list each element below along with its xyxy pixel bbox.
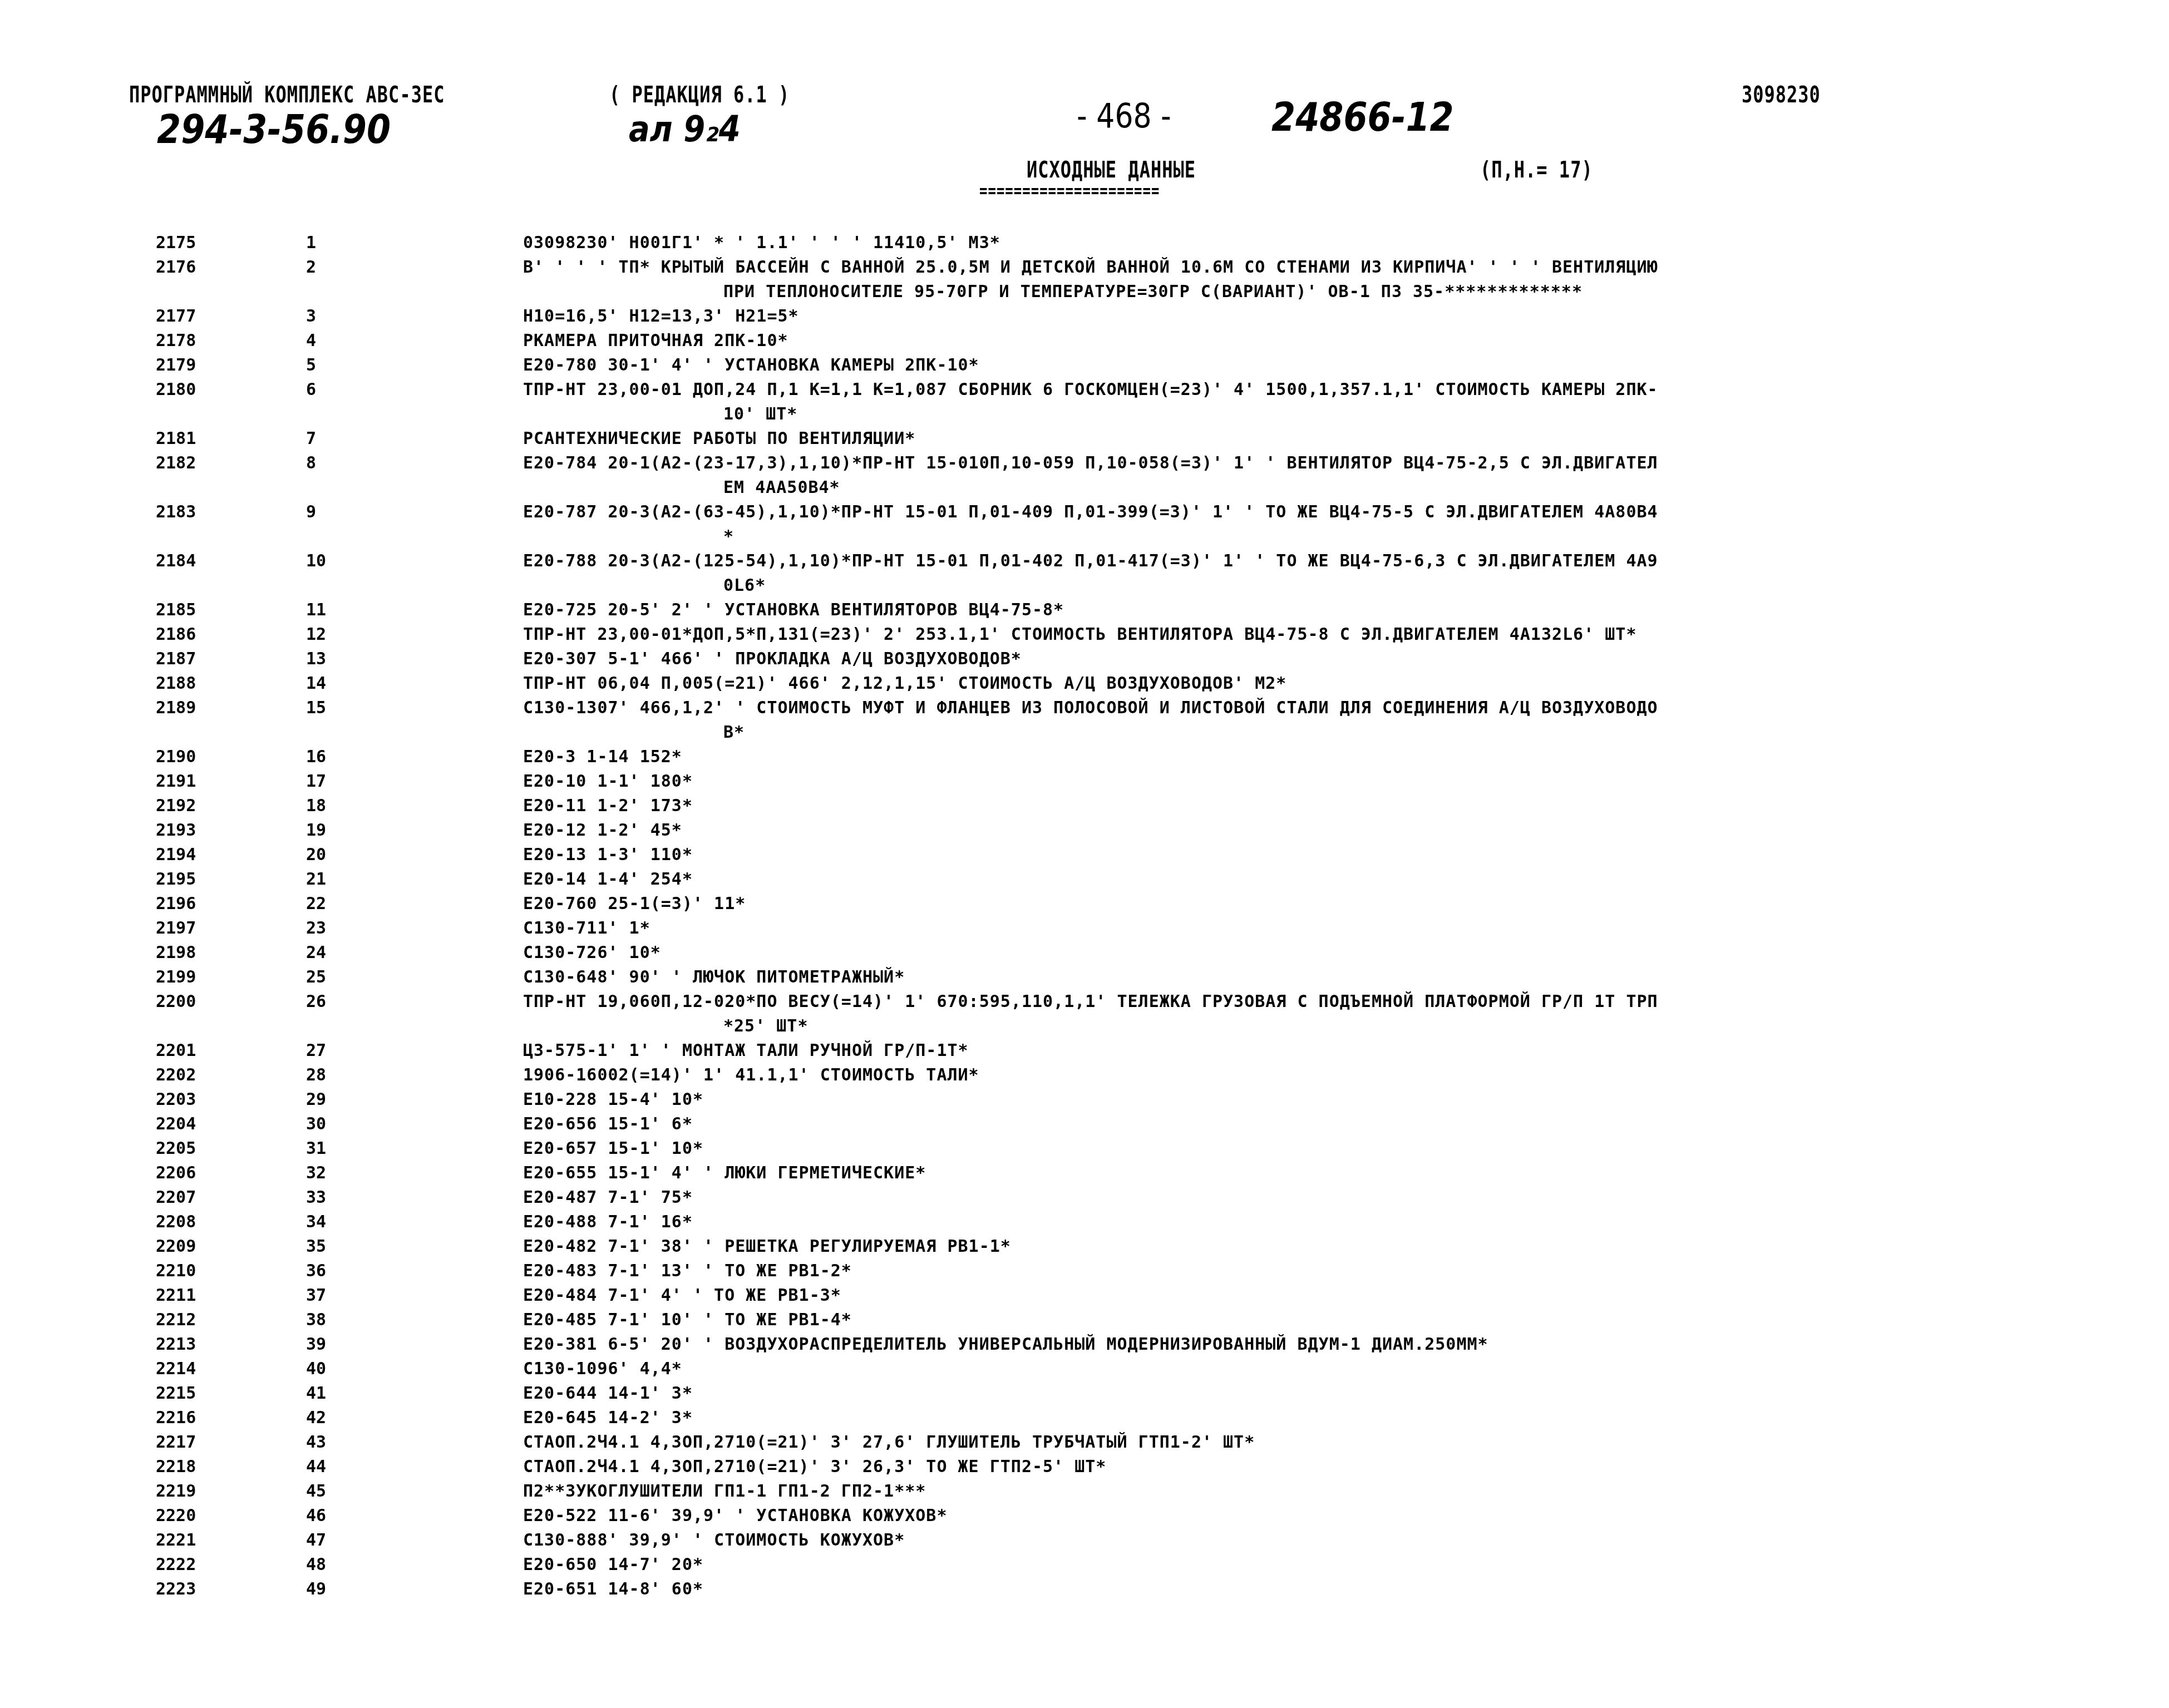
- listing-row: 221743СТАОП.2Ч4.1 4,3ОП,2710(=21)' 3' 27…: [156, 1430, 2159, 1455]
- line-number: 7: [306, 427, 523, 451]
- listing-row: 218713Е20-307 5-1' 466' ' ПРОКЛАДКА А/Ц …: [156, 647, 2159, 672]
- sequence-number: 2183: [156, 500, 306, 525]
- record-text: Е20-784 20-1(А2-(23-17,3),1,10)*ПР-НТ 15…: [523, 453, 1658, 473]
- sequence-number: 2204: [156, 1112, 306, 1137]
- line-number: 28: [306, 1063, 523, 1088]
- line-number: 49: [306, 1577, 523, 1602]
- data-listing: 2175103098230' Н001Г1' * ' 1.1' ' ' ' 11…: [156, 231, 2159, 1602]
- listing-row: 221945П2**ЗУКОГЛУШИТЕЛИ ГП1-1 ГП1-2 ГП2-…: [156, 1479, 2159, 1504]
- listing-row: 220733Е20-487 7-1' 75*: [156, 1186, 2159, 1210]
- record-text: Е20-522 11-6' 39,9' ' УСТАНОВКА КОЖУХОВ*: [523, 1506, 947, 1526]
- record-continuation: 10' ШТ*: [523, 402, 2159, 427]
- line-number: 47: [306, 1528, 523, 1553]
- sequence-number: 2181: [156, 427, 306, 451]
- sequence-number: 2216: [156, 1406, 306, 1430]
- sequence-number: 2217: [156, 1430, 306, 1455]
- line-number: 38: [306, 1308, 523, 1332]
- line-number: 2: [306, 255, 523, 280]
- sequence-number: 2186: [156, 623, 306, 647]
- listing-row: 218814ТПР-НТ 06,04 П,005(=21)' 466' 2,12…: [156, 672, 2159, 696]
- record-text: С130-888' 39,9' ' СТОИМОСТЬ КОЖУХОВ*: [523, 1531, 905, 1550]
- sequence-number: 2175: [156, 231, 306, 255]
- listing-row: 218612ТПР-НТ 23,00-01*ДОП,5*П,131(=23)' …: [156, 623, 2159, 647]
- sequence-number: 2176: [156, 255, 306, 280]
- line-number: 5: [306, 353, 523, 378]
- listing-row: 21795Е20-780 30-1' 4' ' УСТАНОВКА КАМЕРЫ…: [156, 353, 2159, 378]
- line-number: 17: [306, 769, 523, 794]
- listing-row: 21784РКАМЕРА ПРИТОЧНАЯ 2ПК-10*: [156, 329, 2159, 353]
- record-text: СТАОП.2Ч4.1 4,3ОП,2710(=21)' 3' 27,6' ГЛ…: [523, 1433, 1255, 1452]
- record-continuation: ПРИ ТЕПЛОНОСИТЕЛЕ 95-70ГР И ТЕМПЕРАТУРЕ=…: [523, 280, 2159, 304]
- sequence-number: 2179: [156, 353, 306, 378]
- line-number: 48: [306, 1553, 523, 1577]
- record-continuation: В*: [523, 720, 2159, 745]
- record-text: Е20-484 7-1' 4' ' ТО ЖЕ РВ1-3*: [523, 1286, 841, 1305]
- record-text: Н10=16,5' Н12=13,3' Н21=5*: [523, 307, 799, 326]
- record-text: Е20-485 7-1' 10' ' ТО ЖЕ РВ1-4*: [523, 1310, 852, 1330]
- program-name: ПРОГРАММНЫЙ КОМПЛЕКС АВС-ЗЕС: [129, 81, 445, 108]
- line-number: 21: [306, 867, 523, 892]
- line-number: 6: [306, 378, 523, 402]
- sequence-number: 2211: [156, 1284, 306, 1308]
- sequence-number: 2213: [156, 1332, 306, 1357]
- line-number: 46: [306, 1504, 523, 1528]
- record-text: 03098230' Н001Г1' * ' 1.1' ' ' ' 11410,5…: [523, 233, 1000, 253]
- line-number: 31: [306, 1137, 523, 1161]
- record-text: Е20-760 25-1(=3)' 11*: [523, 894, 746, 914]
- sequence-number: 2193: [156, 818, 306, 843]
- record-text: Е20-11 1-2' 173*: [523, 796, 693, 816]
- sequence-number: 2188: [156, 672, 306, 696]
- line-number: 24: [306, 941, 523, 965]
- record-text: Е20-3 1-14 152*: [523, 747, 682, 767]
- listing-row: 221541Е20-644 14-1' 3*: [156, 1381, 2159, 1406]
- listing-row: 219117Е20-10 1-1' 180*: [156, 769, 2159, 794]
- line-number: 37: [306, 1284, 523, 1308]
- sequence-number: 2199: [156, 965, 306, 990]
- line-number: 13: [306, 647, 523, 672]
- sequence-number: 2196: [156, 892, 306, 916]
- line-number: 43: [306, 1430, 523, 1455]
- record-text: ТПР-НТ 06,04 П,005(=21)' 466' 2,12,1,15'…: [523, 674, 1286, 693]
- sequence-number: 2207: [156, 1186, 306, 1210]
- record-text: Е20-483 7-1' 13' ' ТО ЖЕ РВ1-2*: [523, 1261, 852, 1281]
- record-text: Е20-725 20-5' 2' ' УСТАНОВКА ВЕНТИЛЯТОРО…: [523, 600, 1064, 620]
- listing-row: 21806ТПР-НТ 23,00-01 ДОП,24 П,1 К=1,1 К=…: [156, 378, 2159, 427]
- line-number: 12: [306, 623, 523, 647]
- listing-row: 219016Е20-3 1-14 152*: [156, 745, 2159, 769]
- listing-row: 218511Е20-725 20-5' 2' ' УСТАНОВКА ВЕНТИ…: [156, 598, 2159, 623]
- sequence-number: 2190: [156, 745, 306, 769]
- record-text: ТПР-НТ 23,00-01 ДОП,24 П,1 К=1,1 К=1,087…: [523, 380, 1658, 399]
- record-text: С130-726' 10*: [523, 943, 661, 962]
- listing-row: 219622Е20-760 25-1(=3)' 11*: [156, 892, 2159, 916]
- record-text: С130-1307' 466,1,2' ' СТОИМОСТЬ МУФТ И Ф…: [523, 698, 1658, 718]
- record-text: С130-1096' 4,4*: [523, 1359, 682, 1379]
- line-number: 4: [306, 329, 523, 353]
- sequence-number: 2200: [156, 990, 306, 1014]
- record-text: Е20-655 15-1' 4' ' ЛЮКИ ГЕРМЕТИЧЕСКИЕ*: [523, 1163, 926, 1183]
- line-number: 29: [306, 1088, 523, 1112]
- record-text: С130-711' 1*: [523, 919, 650, 938]
- line-number: 10: [306, 549, 523, 574]
- listing-row: 2175103098230' Н001Г1' * ' 1.1' ' ' ' 11…: [156, 231, 2159, 255]
- record-text: Е20-482 7-1' 38' ' РЕШЕТКА РЕГУЛИРУЕМАЯ …: [523, 1237, 1011, 1256]
- record-text: Е20-651 14-8' 60*: [523, 1579, 703, 1599]
- sequence-number: 2202: [156, 1063, 306, 1088]
- record-text: ТПР-НТ 19,060П,12-020*ПО ВЕСУ(=14)' 1' 6…: [523, 992, 1658, 1011]
- listing-row: 221339Е20-381 6-5' 20' ' ВОЗДУХОРАСПРЕДЕ…: [156, 1332, 2159, 1357]
- listing-row: 219723С130-711' 1*: [156, 916, 2159, 941]
- record-text: Е20-650 14-7' 20*: [523, 1555, 703, 1574]
- line-number: 14: [306, 672, 523, 696]
- listing-row: 221440С130-1096' 4,4*: [156, 1357, 2159, 1381]
- listing-row: 21773Н10=16,5' Н12=13,3' Н21=5*: [156, 304, 2159, 329]
- sequence-number: 2212: [156, 1308, 306, 1332]
- listing-row: 220632Е20-655 15-1' 4' ' ЛЮКИ ГЕРМЕТИЧЕС…: [156, 1161, 2159, 1186]
- sequence-number: 2201: [156, 1039, 306, 1063]
- sequence-number: 2210: [156, 1259, 306, 1284]
- record-text: РКАМЕРА ПРИТОЧНАЯ 2ПК-10*: [523, 331, 788, 351]
- line-number: 8: [306, 451, 523, 476]
- section-title: ИСХОДНЫЕ ДАННЫЕ: [1027, 156, 1196, 183]
- listing-row: 218915С130-1307' 466,1,2' ' СТОИМОСТЬ МУ…: [156, 696, 2159, 745]
- line-number: 11: [306, 598, 523, 623]
- line-number: 45: [306, 1479, 523, 1504]
- listing-row: 222349Е20-651 14-8' 60*: [156, 1577, 2159, 1602]
- listing-row: 221844СТАОП.2Ч4.1 4,3ОП,2710(=21)' 3' 26…: [156, 1455, 2159, 1479]
- line-number: 26: [306, 990, 523, 1014]
- line-number: 20: [306, 843, 523, 867]
- sequence-number: 2189: [156, 696, 306, 720]
- sequence-number: 2223: [156, 1577, 306, 1602]
- sequence-number: 2203: [156, 1088, 306, 1112]
- line-number: 32: [306, 1161, 523, 1186]
- sequence-number: 2185: [156, 598, 306, 623]
- line-number: 40: [306, 1357, 523, 1381]
- record-text: Е20-488 7-1' 16*: [523, 1212, 693, 1232]
- sequence-number: 2184: [156, 549, 306, 574]
- line-number: 19: [306, 818, 523, 843]
- listing-row: 220430Е20-656 15-1' 6*: [156, 1112, 2159, 1137]
- sequence-number: 2178: [156, 329, 306, 353]
- record-continuation: *: [523, 525, 2159, 549]
- record-text: Е10-228 15-4' 10*: [523, 1090, 703, 1109]
- record-text: Ц3-575-1' 1' ' МОНТАЖ ТАЛИ РУЧНОЙ ГР/П-1…: [523, 1041, 969, 1060]
- line-number: 22: [306, 892, 523, 916]
- listing-row: 219521Е20-14 1-4' 254*: [156, 867, 2159, 892]
- record-text: РСАНТЕХНИЧЕСКИЕ РАБОТЫ ПО ВЕНТИЛЯЦИИ*: [523, 429, 915, 448]
- listing-row: 21817РСАНТЕХНИЧЕСКИЕ РАБОТЫ ПО ВЕНТИЛЯЦИ…: [156, 427, 2159, 451]
- listing-row: 220834Е20-488 7-1' 16*: [156, 1210, 2159, 1235]
- listing-row: 218410Е20-788 20-3(А2-(125-54),1,10)*ПР-…: [156, 549, 2159, 598]
- edition-label: ( РЕДАКЦИЯ 6.1 ): [609, 81, 790, 108]
- sequence-number: 2198: [156, 941, 306, 965]
- listing-row: 222046Е20-522 11-6' 39,9' ' УСТАНОВКА КО…: [156, 1504, 2159, 1528]
- line-number: 18: [306, 794, 523, 818]
- handwritten-album: ал 9₂4: [629, 108, 741, 150]
- listing-row: 21762В' ' ' ' ТП* КРЫТЫЙ БАССЕЙН С ВАННО…: [156, 255, 2159, 304]
- sequence-number: 2191: [156, 769, 306, 794]
- record-text: Е20-657 15-1' 10*: [523, 1139, 703, 1158]
- line-number: 39: [306, 1332, 523, 1357]
- line-number: 41: [306, 1381, 523, 1406]
- record-text: Е20-645 14-2' 3*: [523, 1408, 693, 1428]
- listing-row: 219319Е20-12 1-2' 45*: [156, 818, 2159, 843]
- sequence-number: 2187: [156, 647, 306, 672]
- sequence-number: 2194: [156, 843, 306, 867]
- line-number: 36: [306, 1259, 523, 1284]
- line-number: 25: [306, 965, 523, 990]
- record-continuation: *25' ШТ*: [523, 1014, 2159, 1039]
- listing-row: 220127Ц3-575-1' 1' ' МОНТАЖ ТАЛИ РУЧНОЙ …: [156, 1039, 2159, 1063]
- listing-row: 220026ТПР-НТ 19,060П,12-020*ПО ВЕСУ(=14)…: [156, 990, 2159, 1039]
- listing-row: 221137Е20-484 7-1' 4' ' ТО ЖЕ РВ1-3*: [156, 1284, 2159, 1308]
- record-continuation: 0L6*: [523, 574, 2159, 598]
- listing-row: 219925С130-648' 90' ' ЛЮЧОК ПИТОМЕТРАЖНЫ…: [156, 965, 2159, 990]
- listing-row: 220935Е20-482 7-1' 38' ' РЕШЕТКА РЕГУЛИР…: [156, 1235, 2159, 1259]
- record-text: СТАОП.2Ч4.1 4,3ОП,2710(=21)' 3' 26,3' ТО…: [523, 1457, 1106, 1477]
- line-number: 44: [306, 1455, 523, 1479]
- line-number: 23: [306, 916, 523, 941]
- line-number: 16: [306, 745, 523, 769]
- section-ref: (П,Н.= 17): [1480, 156, 1593, 183]
- listing-row: 2202281906-16002(=14)' 1' 41.1,1' СТОИМО…: [156, 1063, 2159, 1088]
- line-number: 35: [306, 1235, 523, 1259]
- handwritten-doc-number: 24866-12: [1271, 93, 1454, 140]
- document-id: 3098230: [1742, 81, 1821, 108]
- record-continuation: ЕМ 4АА50В4*: [523, 476, 2159, 500]
- line-number: 3: [306, 304, 523, 329]
- record-text: Е20-787 20-3(А2-(63-45),1,10)*ПР-НТ 15-0…: [523, 502, 1658, 522]
- sequence-number: 2222: [156, 1553, 306, 1577]
- record-text: Е20-788 20-3(А2-(125-54),1,10)*ПР-НТ 15-…: [523, 551, 1658, 571]
- record-text: Е20-780 30-1' 4' ' УСТАНОВКА КАМЕРЫ 2ПК-…: [523, 356, 979, 375]
- handwritten-code: 294-3-56.90: [157, 106, 391, 152]
- line-number: 1: [306, 231, 523, 255]
- listing-row: 21839Е20-787 20-3(А2-(63-45),1,10)*ПР-НТ…: [156, 500, 2159, 549]
- line-number: 34: [306, 1210, 523, 1235]
- record-text: С130-648' 90' ' ЛЮЧОК ПИТОМЕТРАЖНЫЙ*: [523, 967, 905, 987]
- record-text: 1906-16002(=14)' 1' 41.1,1' СТОИМОСТЬ ТА…: [523, 1065, 979, 1085]
- record-text: П2**ЗУКОГЛУШИТЕЛИ ГП1-1 ГП1-2 ГП2-1***: [523, 1482, 926, 1501]
- sequence-number: 2219: [156, 1479, 306, 1504]
- listing-row: 222248Е20-650 14-7' 20*: [156, 1553, 2159, 1577]
- listing-row: 221642Е20-645 14-2' 3*: [156, 1406, 2159, 1430]
- sequence-number: 2195: [156, 867, 306, 892]
- listing-row: 220531Е20-657 15-1' 10*: [156, 1137, 2159, 1161]
- line-number: 33: [306, 1186, 523, 1210]
- record-text: ТПР-НТ 23,00-01*ДОП,5*П,131(=23)' 2' 253…: [523, 625, 1636, 644]
- sequence-number: 2197: [156, 916, 306, 941]
- line-number: 30: [306, 1112, 523, 1137]
- sequence-number: 2215: [156, 1381, 306, 1406]
- line-number: 9: [306, 500, 523, 525]
- listing-row: 219218Е20-11 1-2' 173*: [156, 794, 2159, 818]
- sequence-number: 2208: [156, 1210, 306, 1235]
- record-text: В' ' ' ' ТП* КРЫТЫЙ БАССЕЙН С ВАННОЙ 25.…: [523, 258, 1658, 277]
- record-text: Е20-10 1-1' 180*: [523, 772, 693, 791]
- sequence-number: 2214: [156, 1357, 306, 1381]
- sequence-number: 2177: [156, 304, 306, 329]
- sequence-number: 2209: [156, 1235, 306, 1259]
- sequence-number: 2221: [156, 1528, 306, 1553]
- record-text: Е20-307 5-1' 466' ' ПРОКЛАДКА А/Ц ВОЗДУХ…: [523, 649, 1022, 669]
- record-text: Е20-487 7-1' 75*: [523, 1188, 693, 1207]
- listing-row: 221036Е20-483 7-1' 13' ' ТО ЖЕ РВ1-2*: [156, 1259, 2159, 1284]
- listing-row: 222147С130-888' 39,9' ' СТОИМОСТЬ КОЖУХО…: [156, 1528, 2159, 1553]
- record-text: Е20-13 1-3' 110*: [523, 845, 693, 865]
- sequence-number: 2205: [156, 1137, 306, 1161]
- line-number: 27: [306, 1039, 523, 1063]
- sequence-number: 2192: [156, 794, 306, 818]
- listing-row: 220329Е10-228 15-4' 10*: [156, 1088, 2159, 1112]
- record-text: Е20-644 14-1' 3*: [523, 1384, 693, 1403]
- section-underline: =====================: [979, 181, 1160, 201]
- line-number: 15: [306, 696, 523, 720]
- sequence-number: 2182: [156, 451, 306, 476]
- sequence-number: 2220: [156, 1504, 306, 1528]
- record-text: Е20-381 6-5' 20' ' ВОЗДУХОРАСПРЕДЕЛИТЕЛЬ…: [523, 1335, 1488, 1354]
- line-number: 42: [306, 1406, 523, 1430]
- record-text: Е20-656 15-1' 6*: [523, 1114, 693, 1134]
- record-text: Е20-14 1-4' 254*: [523, 870, 693, 889]
- page-number: - 468 -: [1077, 97, 1171, 136]
- sequence-number: 2218: [156, 1455, 306, 1479]
- sequence-number: 2206: [156, 1161, 306, 1186]
- listing-row: 219824С130-726' 10*: [156, 941, 2159, 965]
- listing-row: 21828Е20-784 20-1(А2-(23-17,3),1,10)*ПР-…: [156, 451, 2159, 500]
- record-text: Е20-12 1-2' 45*: [523, 821, 682, 840]
- sequence-number: 2180: [156, 378, 306, 402]
- listing-row: 221238Е20-485 7-1' 10' ' ТО ЖЕ РВ1-4*: [156, 1308, 2159, 1332]
- listing-row: 219420Е20-13 1-3' 110*: [156, 843, 2159, 867]
